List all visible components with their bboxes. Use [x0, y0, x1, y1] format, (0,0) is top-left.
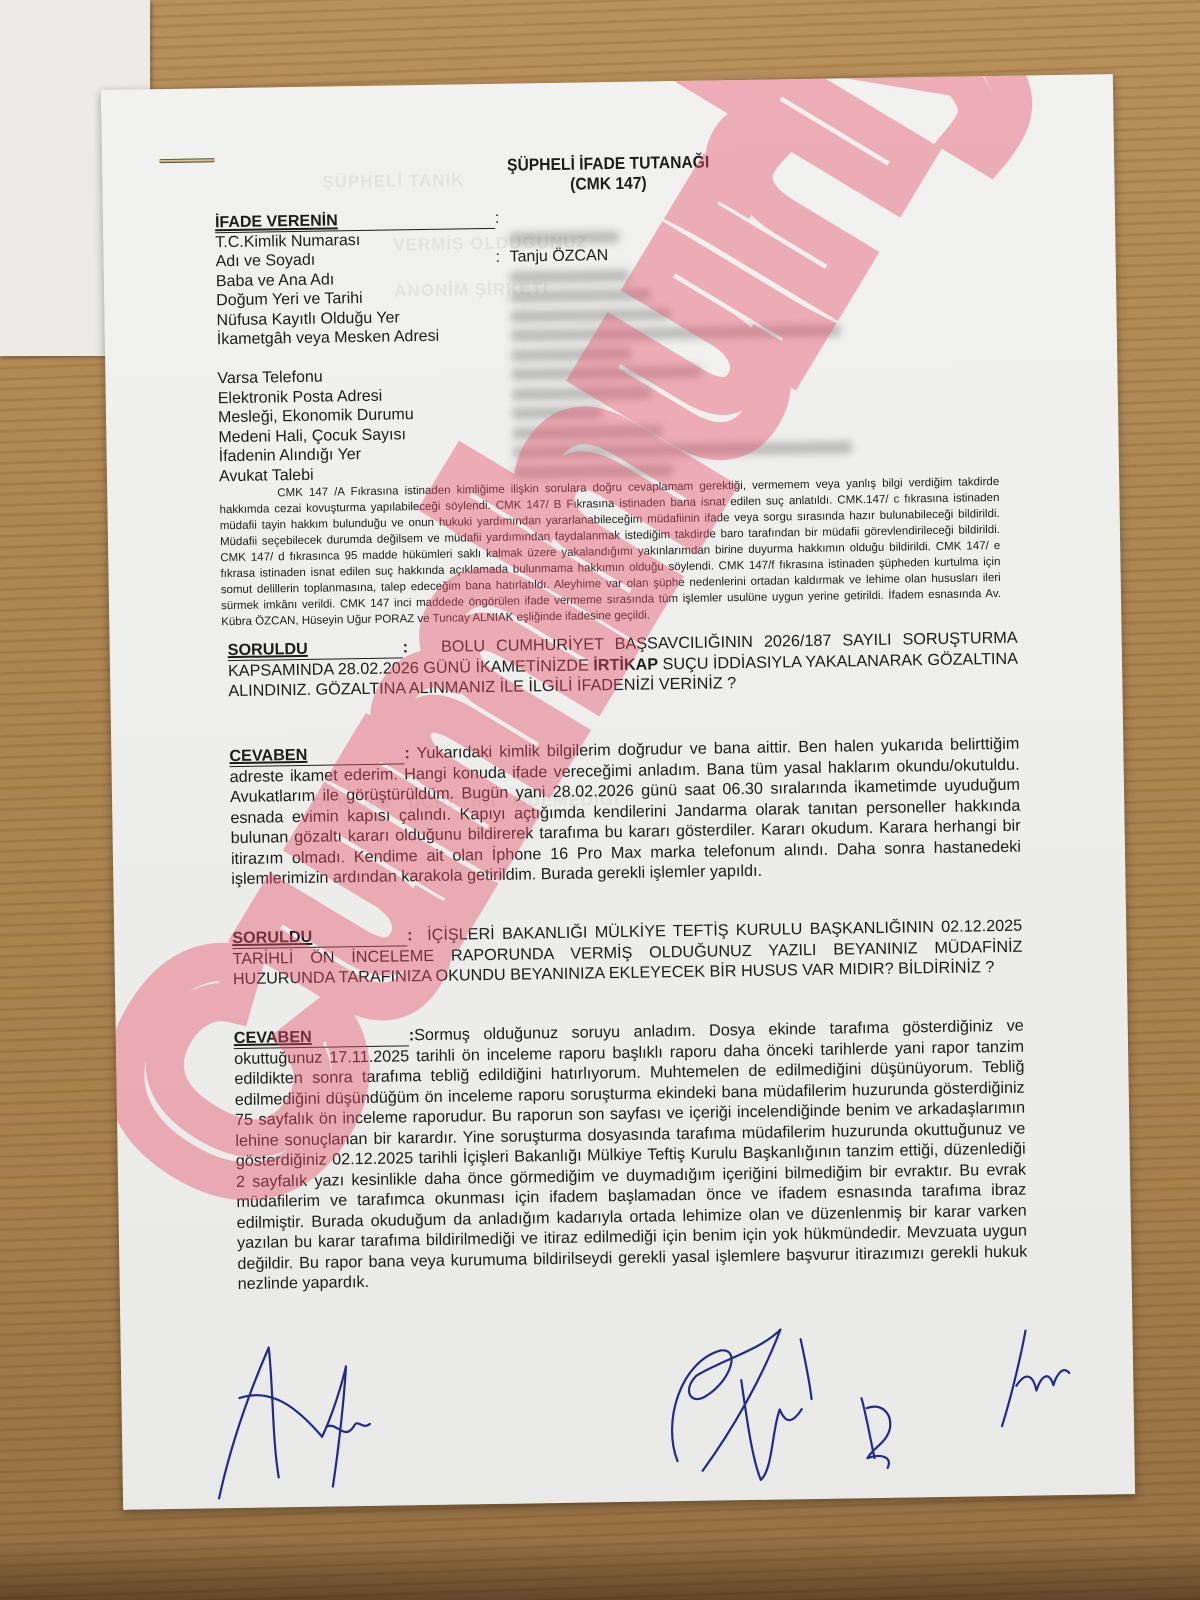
answer-2: CEVABEN:Sormuş olduğunuz soruyu anladım.… [234, 1016, 1028, 1295]
question-tag: SORULDU [228, 637, 403, 660]
table-shadow [0, 1540, 1200, 1600]
document-title: ŞÜPHELİ İFADE TUTANAĞI (CMK 147) [143, 147, 1075, 202]
redacted-value [506, 304, 670, 326]
answer-1: CEVABEN: Yukarıdaki kimlik bilgilerim do… [229, 734, 1021, 890]
field-value: Tanju ÖZCAN [505, 246, 608, 267]
redacted-value [507, 362, 701, 385]
redacted-value [505, 226, 619, 247]
signature-4 [1001, 1330, 1070, 1426]
signature-1 [217, 1346, 371, 1498]
question-tag: SORULDU [232, 925, 407, 948]
legal-rights-paragraph: CMK 147 /A Fıkrasına istinaden kimliğime… [219, 474, 1001, 630]
redacted-value [508, 402, 602, 423]
personal-info-table: İFADE VERENİN:T.C.Kimlik NumarasıAdı ve … [215, 203, 853, 486]
answer-text: Sormuş olduğunuz soruyu anladım. Dosya e… [234, 1017, 1027, 1293]
signature-2 [670, 1329, 812, 1481]
question-2: SORULDU: İÇİŞLERİ BAKANLIĞI MÜLKİYE TEFT… [232, 916, 1023, 990]
statement-document-page: ŞÜPHELİ TANIK VERMİŞ OLDUĞUNUZ ANONİM Şİ… [101, 74, 1135, 1510]
answer-tag: CEVABEN [229, 743, 404, 766]
redacted-value [506, 284, 650, 306]
signatures [120, 1314, 1135, 1510]
question-1: SORULDU: BOLU CUMHURİYET BAŞSAVCILIĞININ… [228, 628, 1019, 702]
crime-keyword: İRTİKAP [593, 655, 658, 674]
redacted-value [506, 265, 630, 286]
signature-3 [862, 1398, 891, 1468]
redacted-value [508, 421, 662, 443]
answer-tag: CEVABEN [234, 1025, 409, 1048]
rights-text: CMK 147 /A Fıkrasına istinaden kimliğime… [219, 474, 1001, 630]
redacted-value [509, 460, 673, 482]
redacted-value [508, 382, 652, 404]
